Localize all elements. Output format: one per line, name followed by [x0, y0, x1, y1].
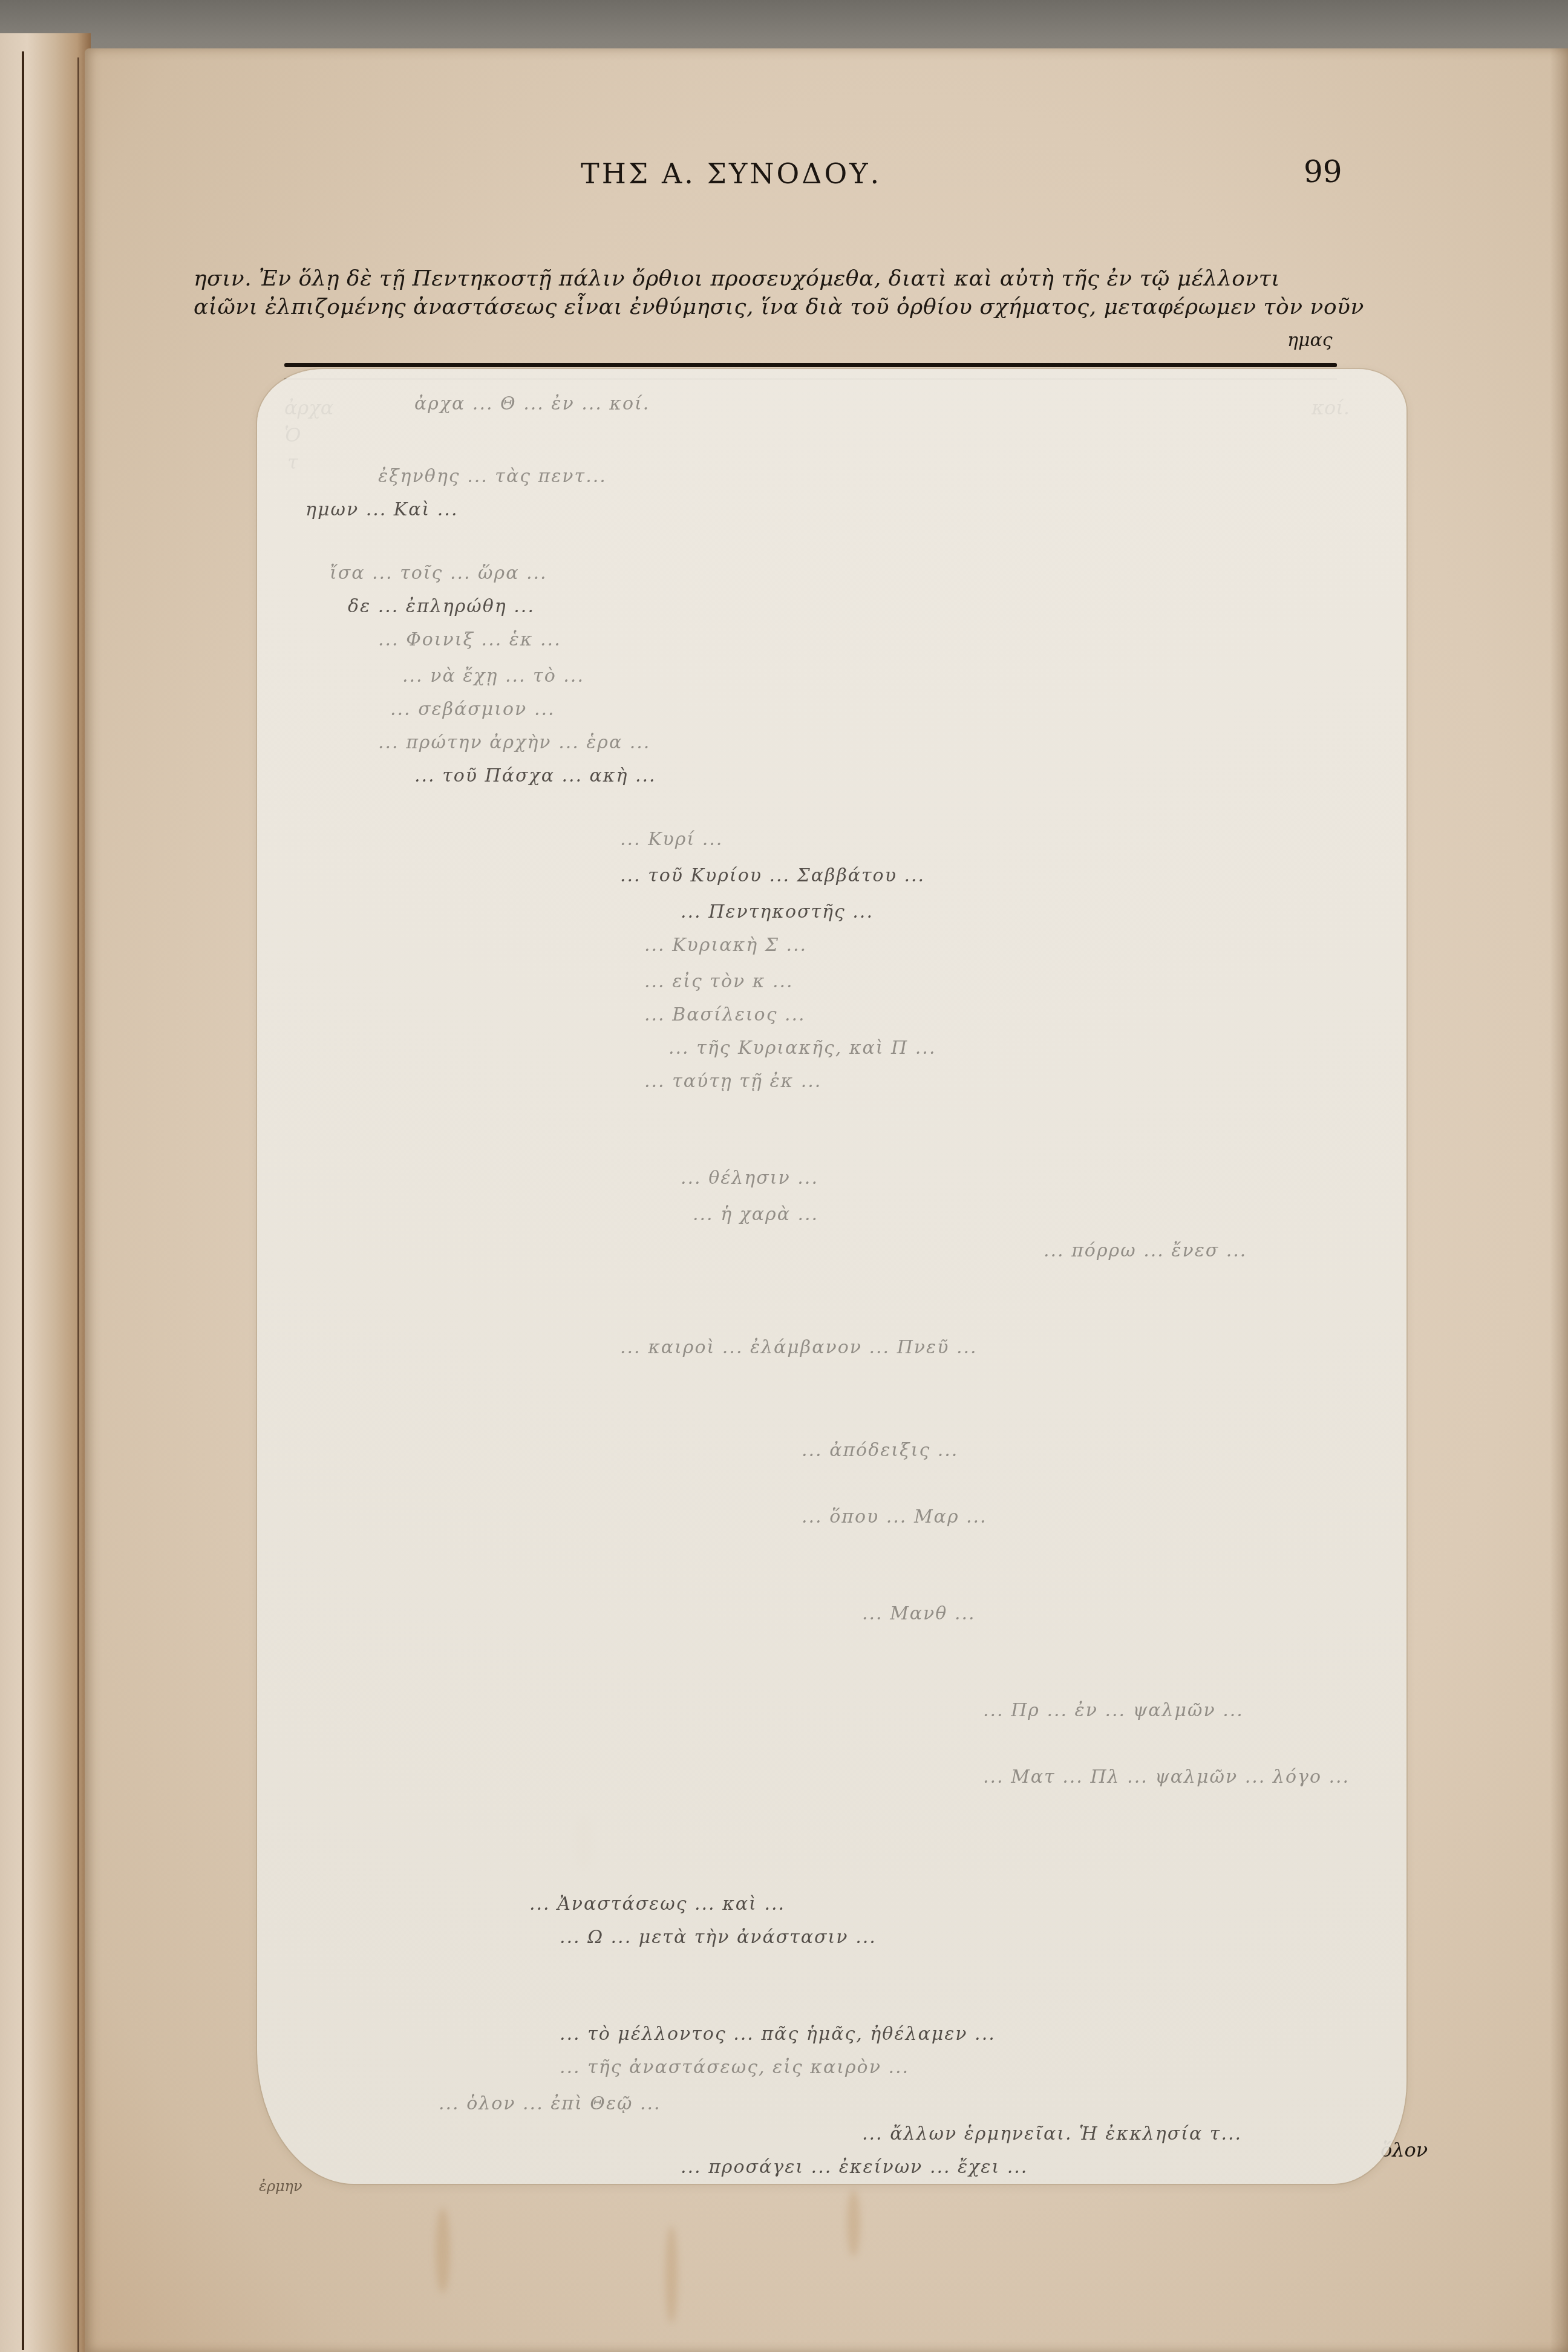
patch-text-line: ... Ω ... μετὰ τὴν ἀνάστασιν ... [560, 1927, 877, 1947]
stain [665, 2226, 678, 2323]
patch-text-line: ... Κυρί ... [620, 829, 723, 849]
patch-text-line: ... σεβάσμιον ... [390, 699, 555, 719]
patch-text-line: ... Ἀναστάσεως ... καὶ ... [529, 1893, 785, 1914]
gutter-line [22, 51, 24, 2350]
stain [847, 2190, 860, 2256]
catchword: ημας [1287, 330, 1333, 351]
patch-text-line: ... εἰς τὸν κ ... [644, 971, 794, 991]
patch-text-line: ἀρχα ... Θ ... ἐν ... κοί. [414, 393, 650, 414]
page-number: 99 [1304, 154, 1342, 189]
page-right-edge [1550, 48, 1568, 2352]
margin-fragment: ἐρμην [259, 2178, 302, 2195]
patch-text-line: ... Πεντηκοστῆς ... [681, 901, 874, 922]
patch-text-line: ... πρώτην ἀρχὴν ... ἑρα ... [378, 732, 650, 753]
header-rule [284, 363, 1337, 367]
patch-text-line: ... Μανθ ... [862, 1603, 976, 1624]
stain [436, 2208, 450, 2293]
patch-text-line: ... ἀπόδειξις ... [802, 1440, 958, 1460]
patch-text-line: ... πόρρω ... ἔνεσ ... [1044, 1240, 1247, 1261]
patch-text-line: ... Πρ ... ἐν ... ψαλμῶν ... [983, 1700, 1244, 1720]
carryover-line-1: ησιν. Ἐν ὅλῃ δὲ τῇ Πεντηκοστῇ πάλιν ὄρθι… [194, 266, 1337, 291]
patch-text-line: ... Φοινιξ ... ἑκ ... [378, 629, 561, 650]
patch-text-line: ... Κυριακὴ Σ ... [644, 935, 807, 955]
patch-text-line: ... Βασίλειος ... [644, 1004, 806, 1025]
patch-text-line: ἐξηνθης ... τὰς πεντ... [378, 466, 607, 486]
patch-text-line: ... προσάγει ... ἐκείνων ... ἔχει ... [681, 2157, 1028, 2177]
patch-text-line: ... τοῦ Κυρίου ... Σαββάτου ... [620, 865, 925, 886]
patch-text-line: ... τὸ μέλλοντος ... πᾶς ἡμᾶς, ἠθέλαμεν … [560, 2024, 996, 2044]
patch-text-line: ἴσα ... τοῖς ... ὥρα ... [330, 563, 547, 583]
patch-text-line: δε ... ἐπληρώθη ... [348, 596, 535, 616]
patch-text-line: ... Ματ ... Πλ ... ψαλμῶν ... λόγο ... [983, 1766, 1350, 1787]
patch-text-line: ημων ... Καὶ ... [305, 499, 458, 520]
patch-text-line: ... θέλησιν ... [681, 1168, 818, 1188]
fold-line [77, 57, 79, 2352]
patch-text-line: ... νὰ ἔχῃ ... τὸ ... [402, 665, 584, 686]
repair-patch: ἀρχα ... Θ ... ἐν ... κοί. ἐξηνθης ... τ… [257, 369, 1406, 2184]
running-head: ΤΗΣ Α. ΣΥΝΟΔΟΥ. [581, 157, 881, 190]
previous-pages-edge [0, 33, 91, 2352]
patch-text-line: ... ὁλον ... ἐπὶ Θεῷ ... [439, 2093, 661, 2114]
patch-text-line: ... ἡ χαρὰ ... [693, 1204, 818, 1224]
patch-text-line: ... τῆς Κυριακῆς, καὶ Π ... [668, 1037, 936, 1058]
patch-text-line: ... ἄλλων ἑρμηνεῖαι. Ἡ ἐκκλησία τ... [862, 2123, 1242, 2144]
patch-text-line: ... τοῦ Πάσχα ... ακὴ ... [414, 765, 656, 786]
patch-text-line: ... ταύτῃ τῇ ἐκ ... [644, 1071, 822, 1091]
patch-text-line: ... ὅπου ... Μαρ ... [802, 1506, 987, 1527]
patch-text-line: ... καιροὶ ... ἐλάμβανον ... Πνεῦ ... [620, 1337, 978, 1357]
patch-text-line: ... τῆς ἀναστάσεως, εἰς καιρὸν ... [560, 2057, 909, 2077]
carryover-line-2: αἰῶνι ἐλπιζομένης ἀναστάσεως εἶναι ἐνθύμ… [194, 295, 1337, 319]
